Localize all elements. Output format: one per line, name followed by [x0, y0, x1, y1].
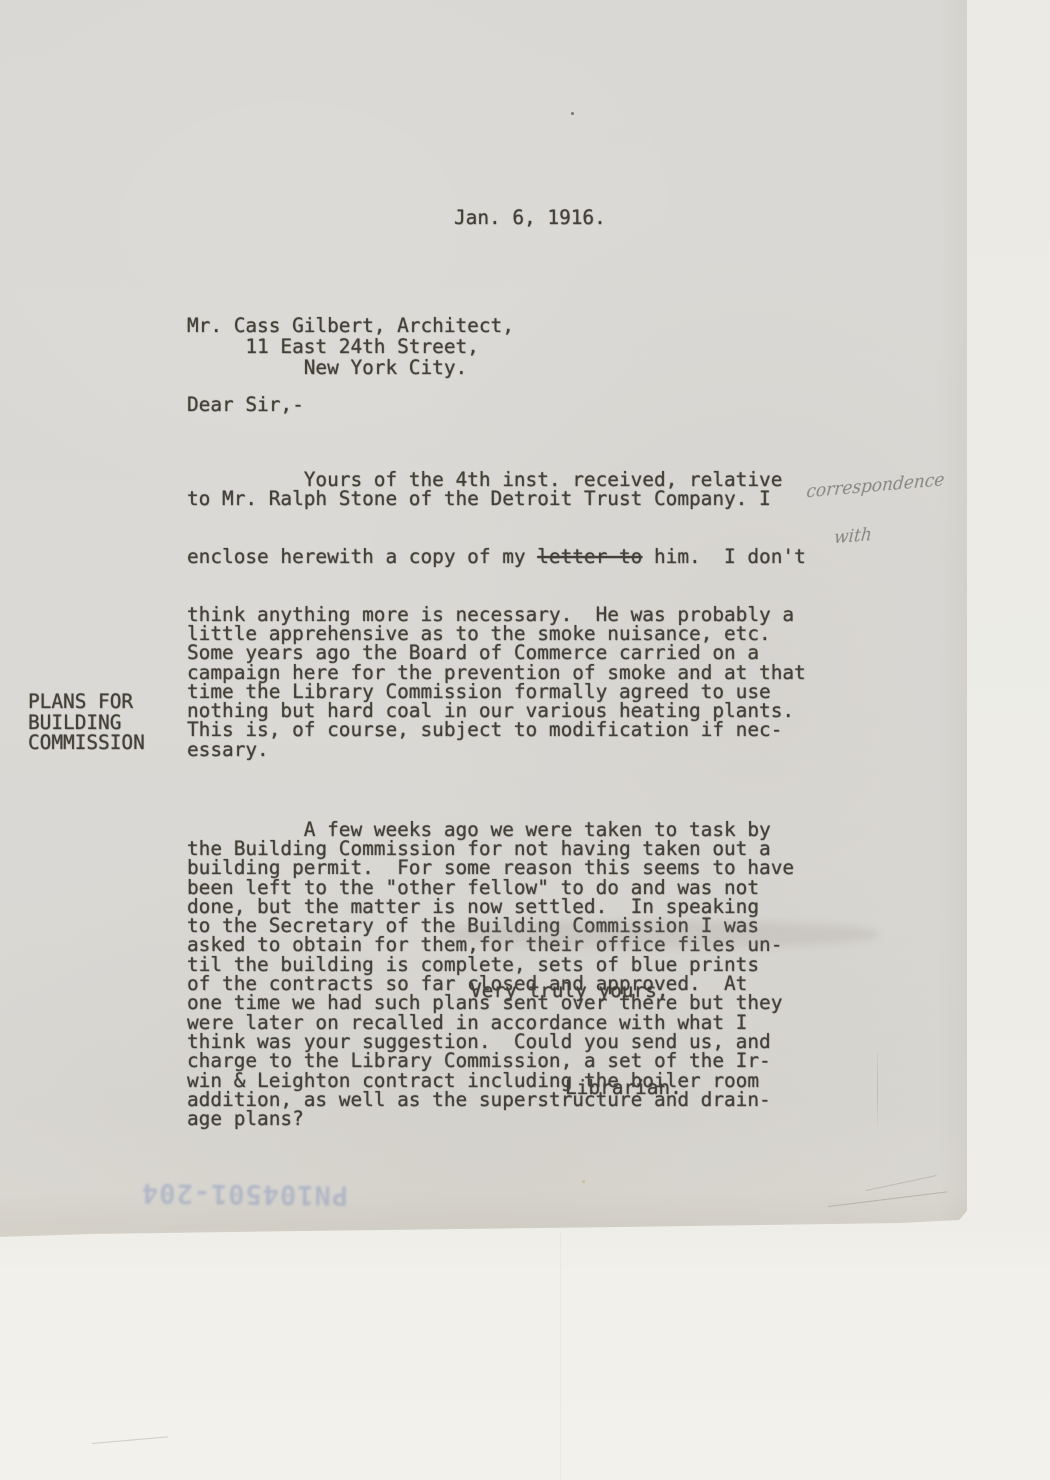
backing-sheet	[0, 1222, 1050, 1480]
typed-line: COMMISSION	[28, 733, 145, 754]
typed-line: Yours of the 4th inst. received, relativ…	[187, 470, 806, 489]
typed-line: win & Leighton contract including the bo…	[187, 1071, 806, 1090]
pencil-scratch	[866, 1175, 937, 1191]
typed-line: New York City.	[187, 357, 514, 378]
erasure-smudge	[445, 921, 877, 948]
paper-speck	[582, 1180, 585, 1183]
paragraph-1-rest: think anything more is necessary. He was…	[187, 605, 806, 759]
letter-body: Yours of the 4th inst. received, relativ…	[187, 431, 806, 1167]
letter-page: Jan. 6, 1916. Mr. Cass Gilbert, Architec…	[0, 0, 967, 1237]
handwritten-annotation: correspondence with	[799, 440, 948, 582]
bleedthrough-stamp: PN104501-204	[92, 1176, 348, 1210]
signature-line: Librarian.	[565, 1078, 682, 1097]
typed-line: were later on recalled in accordance wit…	[187, 1013, 806, 1032]
paragraph-2: A few weeks ago we were taken to task by…	[187, 820, 806, 1129]
scanned-letter-scene: Jan. 6, 1916. Mr. Cass Gilbert, Architec…	[0, 0, 1050, 1480]
typed-line: Some years ago the Board of Commerce car…	[187, 643, 806, 662]
recipient-address: Mr. Cass Gilbert, Architect, 11 East 24t…	[187, 315, 514, 378]
typed-line: age plans?	[187, 1109, 806, 1128]
typed-line: This is, of course, subject to modificat…	[187, 720, 806, 739]
typed-line: PLANS FOR	[28, 692, 145, 713]
typed-line: to Mr. Ralph Stone of the Detroit Trust …	[187, 489, 806, 508]
typed-line: building permit. For some reason this se…	[187, 858, 806, 877]
date-line: Jan. 6, 1916.	[454, 208, 606, 227]
strike-line: enclose herewith a copy of my letter to …	[187, 547, 806, 566]
typed-line: campaign here for the prevention of smok…	[187, 663, 806, 682]
margin-note: PLANS FORBUILDINGCOMMISSION	[28, 692, 145, 754]
typed-line: been left to the "other fellow" to do an…	[187, 878, 806, 897]
paragraph-1-start: Yours of the 4th inst. received, relativ…	[187, 470, 806, 509]
vertical-crease-mark	[877, 1052, 878, 1126]
typed-line: 11 East 24th Street,	[187, 336, 514, 357]
strike-line-before: enclose herewith a copy of my	[187, 545, 537, 568]
typed-line: BUILDING	[28, 713, 145, 734]
struck-text: letter to	[537, 545, 642, 568]
typed-line: charge to the Library Commission, a set …	[187, 1051, 806, 1070]
typed-line: essary.	[187, 740, 806, 759]
strike-line-after: him. I don't	[642, 545, 805, 568]
typed-line: Mr. Cass Gilbert, Architect,	[187, 315, 514, 336]
pencil-scratch	[828, 1191, 947, 1207]
salutation: Dear Sir,-	[187, 395, 304, 414]
ink-speck	[571, 112, 574, 115]
closing-line: Very truly yours,	[470, 981, 668, 1000]
handwritten-line-2: with	[833, 521, 940, 546]
handwritten-line-1: correspondence	[806, 472, 945, 500]
backing-sheet-crease	[560, 1232, 561, 1480]
